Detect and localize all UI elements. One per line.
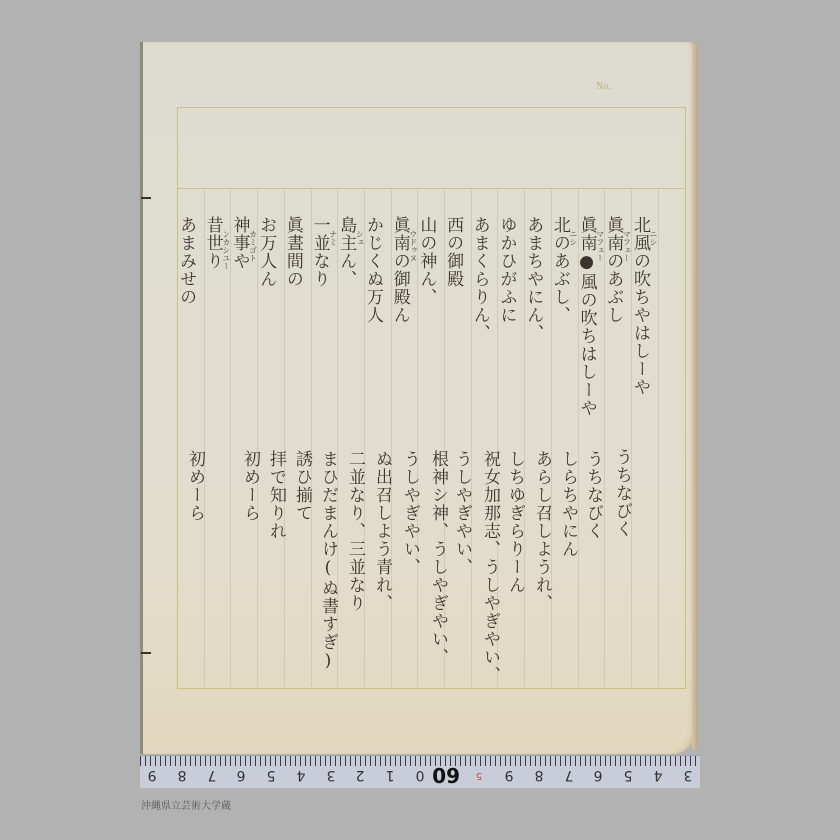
ruler-number: 8 [172, 762, 192, 788]
ruby-annotation: ンカシユー [221, 230, 232, 270]
ruby-annotation: カミゴト [248, 230, 259, 262]
verse-column: うしやぎやい、 [452, 450, 472, 576]
verse-column: 眞南●風の吹ちはしーや [577, 216, 597, 417]
ruler-number: 5 [261, 762, 281, 788]
ruler-number: 6 [588, 762, 608, 788]
measuring-ruler: 98765432106059876543 [140, 755, 700, 788]
page-edge [692, 44, 698, 750]
ruler-number: 3 [678, 762, 698, 788]
verse-column: 西の御殿 [443, 216, 463, 288]
verse-column: 神事や [230, 216, 250, 270]
ruler-number: 1 [380, 762, 400, 788]
verse-column: 二並なり、三並なり [345, 450, 365, 612]
verse-column: あまみせの [176, 216, 196, 306]
verse-column: あらし召しようれ、 [532, 450, 552, 612]
verse-column: 初めーら [240, 450, 260, 522]
binding-mark [141, 652, 151, 654]
verse-column: 一並なり [310, 216, 330, 288]
ruler-number: 5 [618, 762, 638, 788]
verse-column: うちなびく [583, 450, 603, 540]
ruby-annotation: マフェー [595, 230, 606, 262]
verse-column: しちゆぎらりーん [505, 450, 525, 594]
ruler-number: 2 [350, 762, 370, 788]
verse-column: 祝女加那志、うしやぎやい、 [480, 450, 500, 684]
ruler-numbers: 98765432106059876543 [140, 762, 700, 788]
collection-credit: 沖縄県立芸術大学蔵 [141, 797, 231, 812]
verse-column: あまちやにん、 [523, 216, 543, 342]
verse-column: 眞南の御殿ん [390, 216, 410, 324]
verse-column: 拝で知りれ [266, 450, 286, 540]
ruler-number: 3 [321, 762, 341, 788]
verse-column: ゆかひがふに [497, 216, 517, 324]
verse-column: まひだまんけ(ぬ書すぎ) [318, 450, 338, 672]
verse-column: 初めーら [185, 450, 205, 522]
verse-column: 島主ん、 [336, 216, 356, 288]
verse-column: お万人ん [256, 216, 276, 288]
ruby-annotation: ニシ [568, 230, 579, 246]
verse-column: 昔世り [203, 216, 223, 270]
verse-column: かじくぬ万人 [363, 216, 383, 324]
verse-column: 根神シ神、うしやぎやい、 [428, 450, 448, 666]
ruler-number: 4 [291, 762, 311, 788]
verse-column: しらちやにん [558, 450, 578, 558]
verse-column: 眞晝間の [283, 216, 303, 288]
verse-column: うちなびく [612, 448, 632, 538]
ruby-annotation: ニシ [648, 230, 659, 246]
ruler-number: 0 [410, 762, 430, 788]
ruby-annotation: ナミ [328, 230, 339, 246]
header-divider [177, 188, 685, 189]
column-rule [658, 189, 659, 687]
ruler-number: 6 [231, 762, 251, 788]
ruler-number: 7 [559, 762, 579, 788]
ruby-annotation: ウドゥヌ [408, 230, 419, 262]
verse-column: 北風の吹ちやはしーや [630, 216, 650, 396]
ruler-number: 8 [529, 762, 549, 788]
verse-column: あまくらりん、 [470, 216, 490, 342]
verse-column: 山の神ん、 [416, 216, 436, 306]
ruler-number: 5 [469, 762, 489, 788]
verse-column: ぬ出召しよう青れ、 [372, 450, 392, 612]
ruler-number: 9 [499, 762, 519, 788]
binding-mark [141, 197, 151, 199]
ruler-number: 4 [648, 762, 668, 788]
ruby-annotation: マフェー [621, 230, 632, 262]
verse-column: 誘ひ揃て [292, 450, 312, 522]
ruler-number: 7 [202, 762, 222, 788]
verse-column: 北のあぶし、 [550, 216, 570, 324]
ruler-number: 60 [440, 762, 460, 788]
verse-column: 眞南のあぶし [603, 216, 623, 324]
page-number-label: No. [596, 81, 611, 92]
ruler-number: 9 [142, 762, 162, 788]
verse-column: うしやぎやい、 [400, 450, 420, 576]
ruby-annotation: シュ [354, 230, 365, 246]
